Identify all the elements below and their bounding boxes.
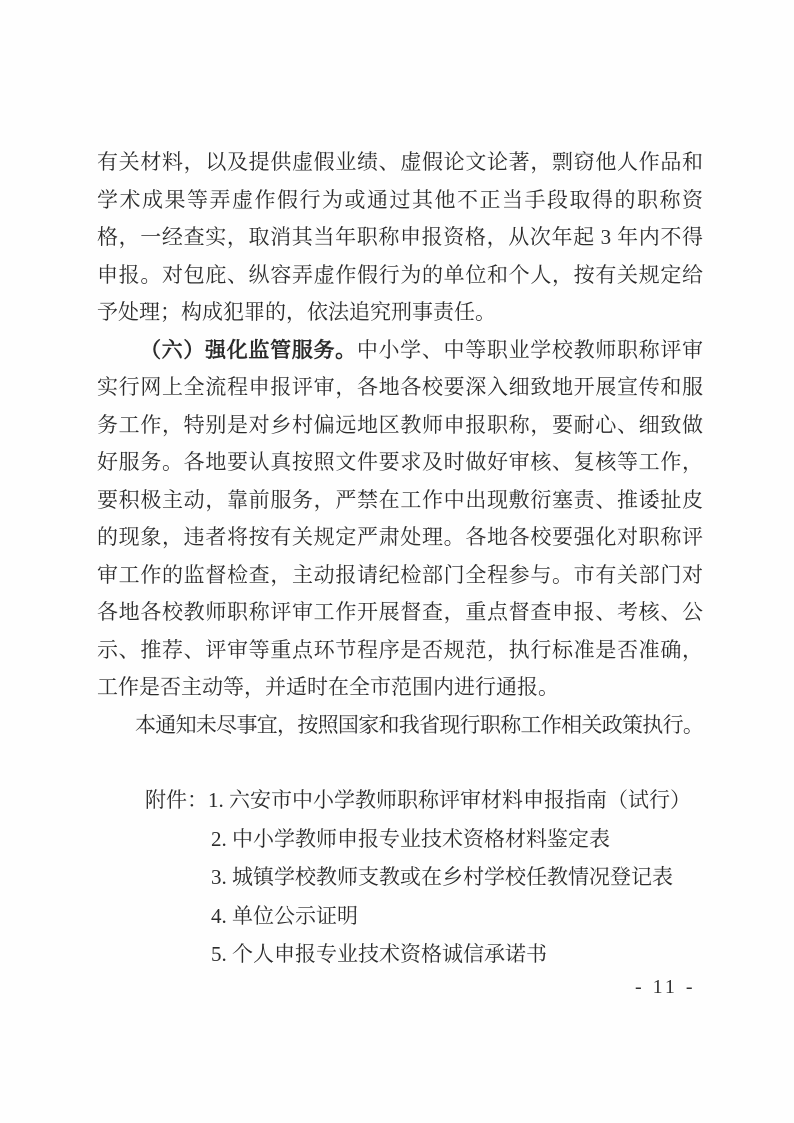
body-line: 予处理；构成犯罪的，依法追究刑事责任。 (97, 294, 703, 332)
body-line: 工作是否主动等，并适时在全市范围内进行通报。 (97, 669, 703, 707)
body-line: 有关材料，以及提供虚假业绩、虚假论文论著，剽窃他人作品和 (97, 144, 703, 182)
body-line: 要积极主动，靠前服务，严禁在工作中出现敷衍塞责、推诿扯皮 (97, 482, 703, 520)
body-line-text: 中小学、中等职业学校教师职称评审 (357, 338, 703, 362)
blank-line (97, 744, 703, 781)
document-body-text: 有关材料，以及提供虚假业绩、虚假论文论著，剽窃他人作品和 学术成果等弄虚作假行为… (97, 144, 703, 974)
attachment-item: 4. 单位公示证明 (97, 897, 703, 936)
attachments-label: 附件： (145, 788, 208, 812)
body-line: 的现象，违者将按有关规定严肃处理。各地各校要强化对职称评 (97, 519, 703, 557)
body-line: 学术成果等弄虚作假行为或通过其他不正当手段取得的职称资 (97, 182, 703, 220)
body-line: （六）强化监管服务。中小学、中等职业学校教师职称评审 (97, 332, 703, 370)
attachment-item: 5. 个人申报专业技术资格诚信承诺书 (97, 935, 703, 974)
body-line: 好服务。各地要认真按照文件要求及时做好审核、复核等工作， (97, 444, 703, 482)
attachment-item: 2. 中小学教师申报专业技术资格材料鉴定表 (97, 820, 703, 859)
body-line: 示、推荐、评审等重点环节程序是否规范，执行标准是否准确， (97, 632, 703, 670)
attachment-item: 1. 六安市中小学教师职称评审材料申报指南（试行） (208, 788, 691, 812)
body-line: 申报。对包庇、纵容弄虚作假行为的单位和个人，按有关规定给 (97, 257, 703, 295)
body-line: 各地各校教师职称评审工作开展督查，重点督查申报、考核、公 (97, 594, 703, 632)
body-line: 格，一经查实，取消其当年职称申报资格，从次年起 3 年内不得 (97, 219, 703, 257)
body-line: 务工作，特别是对乡村偏远地区教师申报职称，要耐心、细致做 (97, 407, 703, 445)
page-number: - 11 - (635, 976, 696, 999)
document-page: 有关材料，以及提供虚假业绩、虚假论文论著，剽窃他人作品和 学术成果等弄虚作假行为… (0, 0, 794, 1123)
section-heading-bold: （六）强化监管服务。 (140, 338, 357, 362)
body-line: 审工作的监督检查，主动报请纪检部门全程参与。市有关部门对 (97, 557, 703, 595)
attachment-item: 3. 城镇学校教师支教或在乡村学校任教情况登记表 (97, 858, 703, 897)
attachments-line: 附件：1. 六安市中小学教师职称评审材料申报指南（试行） (97, 781, 703, 820)
body-line: 本通知未尽事宜，按照国家和我省现行职称工作相关政策执行。 (97, 707, 703, 745)
body-line: 实行网上全流程申报评审，各地各校要深入细致地开展宣传和服 (97, 369, 703, 407)
